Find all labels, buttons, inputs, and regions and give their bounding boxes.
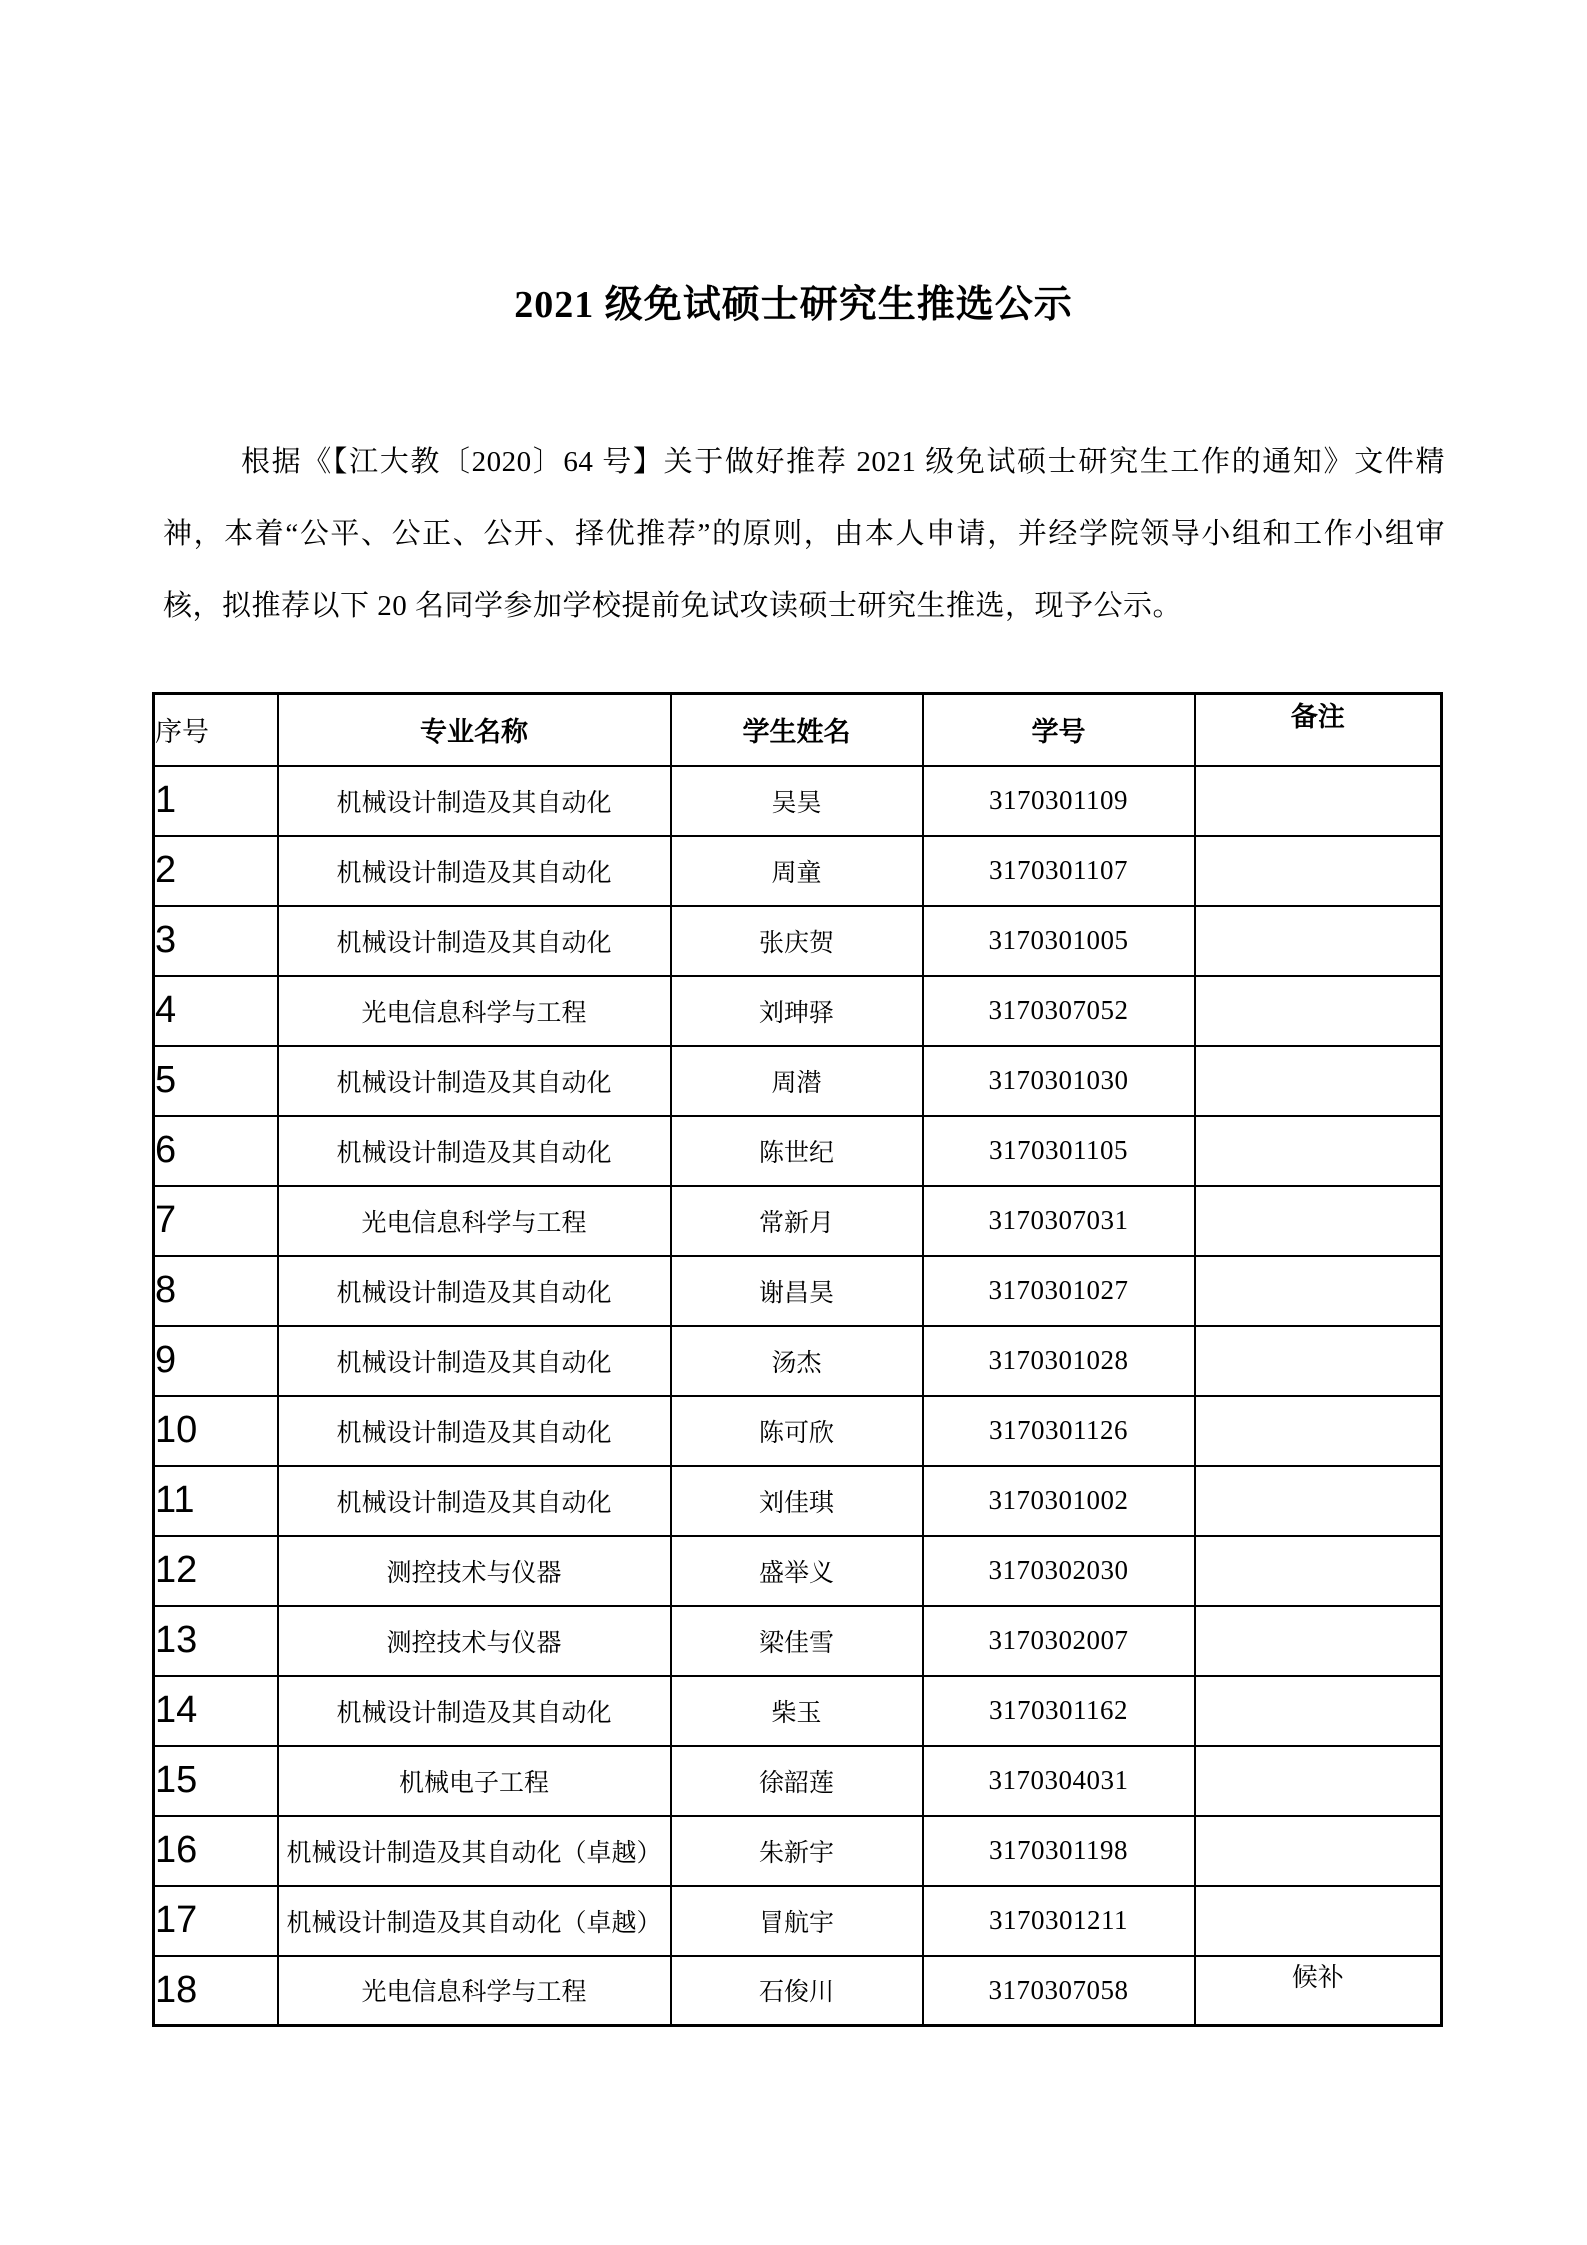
note-cell [1195, 1326, 1442, 1396]
note-cell [1195, 1046, 1442, 1116]
major-cell: 机械设计制造及其自动化 [278, 1466, 671, 1536]
student-id-cell: 3170302007 [923, 1606, 1195, 1676]
major-cell: 光电信息科学与工程 [278, 976, 671, 1046]
student-id-cell: 3170301126 [923, 1396, 1195, 1466]
student-name-cell: 周潜 [671, 1046, 923, 1116]
major-cell: 机械设计制造及其自动化 [278, 906, 671, 976]
note-cell: 候补 [1195, 1956, 1442, 2026]
student-id-cell: 3170301027 [923, 1256, 1195, 1326]
table-row: 12 测控技术与仪器 盛举义 3170302030 [154, 1536, 1442, 1606]
row-index-cell: 13 [154, 1606, 278, 1676]
major-cell: 机械设计制造及其自动化（卓越） [278, 1816, 671, 1886]
note-cell [1195, 1396, 1442, 1466]
table-row: 14 机械设计制造及其自动化 柴玉 3170301162 [154, 1676, 1442, 1746]
row-index-cell: 6 [154, 1116, 278, 1186]
row-index-cell: 12 [154, 1536, 278, 1606]
note-cell [1195, 1676, 1442, 1746]
note-cell [1195, 766, 1442, 836]
student-name-cell: 石俊川 [671, 1956, 923, 2026]
note-cell [1195, 1886, 1442, 1956]
major-cell: 机械设计制造及其自动化 [278, 1116, 671, 1186]
student-name-cell: 柴玉 [671, 1676, 923, 1746]
major-cell: 机械设计制造及其自动化（卓越） [278, 1886, 671, 1956]
table-row: 17 机械设计制造及其自动化（卓越） 冒航宇 3170301211 [154, 1886, 1442, 1956]
recommendation-table: 序号 专业名称 学生姓名 学号 备注 1 机械设计制造及其自动化 吴昊 3170… [152, 692, 1443, 2027]
student-id-cell: 3170307058 [923, 1956, 1195, 2026]
student-id-cell: 3170301198 [923, 1816, 1195, 1886]
major-cell: 机械设计制造及其自动化 [278, 1396, 671, 1466]
student-name-cell: 陈世纪 [671, 1116, 923, 1186]
table-row: 16 机械设计制造及其自动化（卓越） 朱新宇 3170301198 [154, 1816, 1442, 1886]
major-cell: 机械设计制造及其自动化 [278, 1326, 671, 1396]
student-name-cell: 刘佳琪 [671, 1466, 923, 1536]
intro-paragraph: 根据《【江大教〔2020〕64 号】关于做好推荐 2021 级免试硕士研究生工作… [163, 426, 1445, 642]
major-cell: 机械电子工程 [278, 1746, 671, 1816]
student-id-cell: 3170301002 [923, 1466, 1195, 1536]
table-row: 1 机械设计制造及其自动化 吴昊 3170301109 [154, 766, 1442, 836]
table-row: 2 机械设计制造及其自动化 周童 3170301107 [154, 836, 1442, 906]
major-cell: 测控技术与仪器 [278, 1536, 671, 1606]
table-row: 13 测控技术与仪器 梁佳雪 3170302007 [154, 1606, 1442, 1676]
table-row: 8 机械设计制造及其自动化 谢昌昊 3170301027 [154, 1256, 1442, 1326]
student-name-cell: 吴昊 [671, 766, 923, 836]
student-id-cell: 3170301005 [923, 906, 1195, 976]
student-name-cell: 朱新宇 [671, 1816, 923, 1886]
student-name-cell: 冒航宇 [671, 1886, 923, 1956]
table-row: 6 机械设计制造及其自动化 陈世纪 3170301105 [154, 1116, 1442, 1186]
table-row: 11 机械设计制造及其自动化 刘佳琪 3170301002 [154, 1466, 1442, 1536]
header-index: 序号 [154, 694, 278, 766]
major-cell: 测控技术与仪器 [278, 1606, 671, 1676]
note-cell [1195, 1536, 1442, 1606]
student-id-cell: 3170301109 [923, 766, 1195, 836]
note-cell [1195, 836, 1442, 906]
page-title: 2021 级免试硕士研究生推选公示 [0, 0, 1587, 330]
note-cell [1195, 1816, 1442, 1886]
row-index-cell: 9 [154, 1326, 278, 1396]
row-index-cell: 1 [154, 766, 278, 836]
major-cell: 机械设计制造及其自动化 [278, 836, 671, 906]
header-student-id: 学号 [923, 694, 1195, 766]
row-index-cell: 4 [154, 976, 278, 1046]
row-index-cell: 18 [154, 1956, 278, 2026]
student-name-cell: 汤杰 [671, 1326, 923, 1396]
table-row: 3 机械设计制造及其自动化 张庆贺 3170301005 [154, 906, 1442, 976]
student-id-cell: 3170307052 [923, 976, 1195, 1046]
table-row: 18 光电信息科学与工程 石俊川 3170307058 候补 [154, 1956, 1442, 2026]
row-index-cell: 11 [154, 1466, 278, 1536]
row-index-cell: 17 [154, 1886, 278, 1956]
note-cell [1195, 1256, 1442, 1326]
row-index-cell: 5 [154, 1046, 278, 1116]
table-row: 9 机械设计制造及其自动化 汤杰 3170301028 [154, 1326, 1442, 1396]
student-name-cell: 陈可欣 [671, 1396, 923, 1466]
row-index-cell: 14 [154, 1676, 278, 1746]
table-header-row: 序号 专业名称 学生姓名 学号 备注 [154, 694, 1442, 766]
student-id-cell: 3170301107 [923, 836, 1195, 906]
header-note: 备注 [1195, 694, 1442, 766]
note-cell [1195, 1186, 1442, 1256]
table-body: 1 机械设计制造及其自动化 吴昊 3170301109 2 机械设计制造及其自动… [154, 766, 1442, 2026]
student-id-cell: 3170301162 [923, 1676, 1195, 1746]
student-id-cell: 3170301030 [923, 1046, 1195, 1116]
student-id-cell: 3170302030 [923, 1536, 1195, 1606]
note-cell [1195, 1606, 1442, 1676]
table-row: 5 机械设计制造及其自动化 周潜 3170301030 [154, 1046, 1442, 1116]
major-cell: 光电信息科学与工程 [278, 1956, 671, 2026]
note-cell [1195, 906, 1442, 976]
row-index-cell: 10 [154, 1396, 278, 1466]
major-cell: 机械设计制造及其自动化 [278, 766, 671, 836]
document-page: 2021 级免试硕士研究生推选公示 根据《【江大教〔2020〕64 号】关于做好… [0, 0, 1587, 2245]
major-cell: 机械设计制造及其自动化 [278, 1676, 671, 1746]
student-id-cell: 3170301028 [923, 1326, 1195, 1396]
row-index-cell: 15 [154, 1746, 278, 1816]
student-name-cell: 刘珅驿 [671, 976, 923, 1046]
table-row: 15 机械电子工程 徐韶莲 3170304031 [154, 1746, 1442, 1816]
student-name-cell: 常新月 [671, 1186, 923, 1256]
student-name-cell: 谢昌昊 [671, 1256, 923, 1326]
table-row: 7 光电信息科学与工程 常新月 3170307031 [154, 1186, 1442, 1256]
major-cell: 机械设计制造及其自动化 [278, 1256, 671, 1326]
row-index-cell: 3 [154, 906, 278, 976]
student-id-cell: 3170301211 [923, 1886, 1195, 1956]
table-row: 4 光电信息科学与工程 刘珅驿 3170307052 [154, 976, 1442, 1046]
student-id-cell: 3170307031 [923, 1186, 1195, 1256]
student-name-cell: 梁佳雪 [671, 1606, 923, 1676]
row-index-cell: 16 [154, 1816, 278, 1886]
student-name-cell: 张庆贺 [671, 906, 923, 976]
major-cell: 光电信息科学与工程 [278, 1186, 671, 1256]
note-cell [1195, 1116, 1442, 1186]
row-index-cell: 7 [154, 1186, 278, 1256]
student-name-cell: 徐韶莲 [671, 1746, 923, 1816]
note-cell [1195, 1466, 1442, 1536]
student-id-cell: 3170301105 [923, 1116, 1195, 1186]
student-name-cell: 盛举义 [671, 1536, 923, 1606]
row-index-cell: 2 [154, 836, 278, 906]
student-id-cell: 3170304031 [923, 1746, 1195, 1816]
note-cell [1195, 976, 1442, 1046]
table-row: 10 机械设计制造及其自动化 陈可欣 3170301126 [154, 1396, 1442, 1466]
header-student-name: 学生姓名 [671, 694, 923, 766]
header-major: 专业名称 [278, 694, 671, 766]
student-name-cell: 周童 [671, 836, 923, 906]
major-cell: 机械设计制造及其自动化 [278, 1046, 671, 1116]
row-index-cell: 8 [154, 1256, 278, 1326]
note-cell [1195, 1746, 1442, 1816]
